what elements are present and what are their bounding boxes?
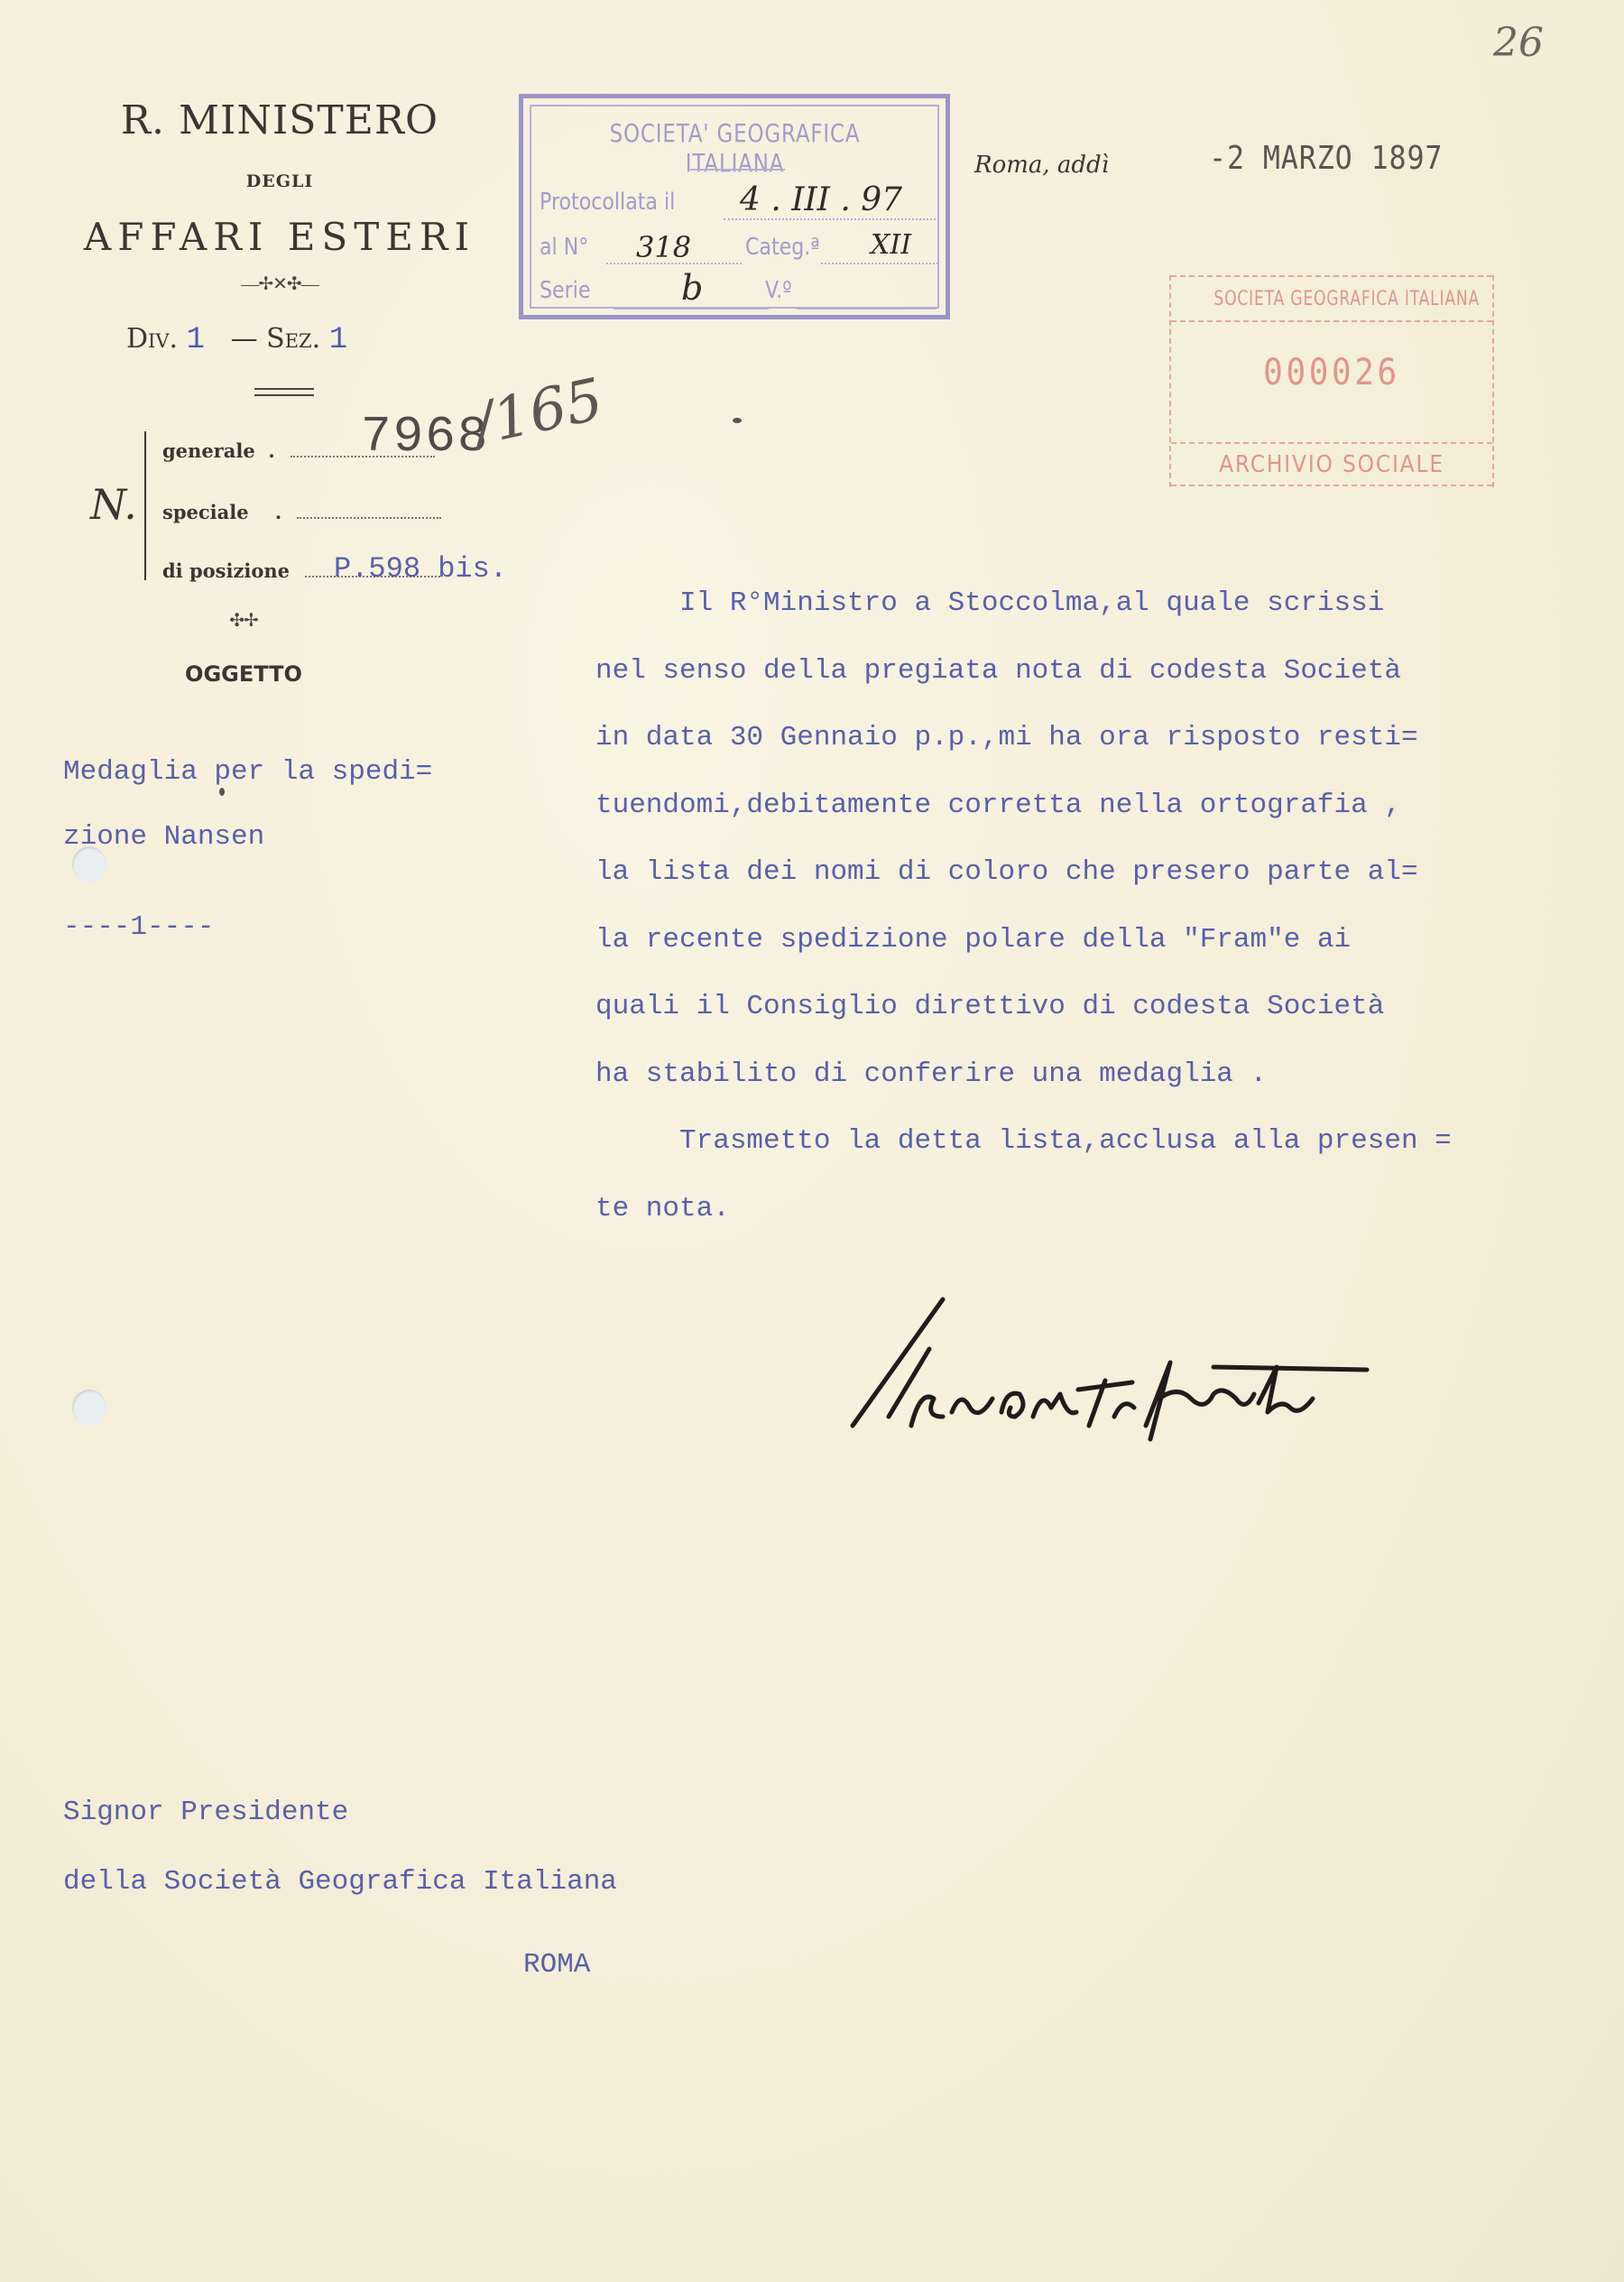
stamped-date: -2 MARZO 1897 [1209,140,1443,177]
row-label: di posizione [162,559,290,582]
ink-speck [219,788,225,796]
page-number: 26 [1493,20,1544,66]
stamp-rule [1171,275,1492,277]
place-label: Roma, addì [974,152,1109,179]
row-dot: . [268,439,274,462]
archive-stamp: SOCIETA GEOGRAFICA ITALIANA 000026 ARCHI… [1169,275,1494,487]
stamp-numero-label: al N° [540,234,588,261]
body-paragraph-1: Il R°Ministro a Stoccolma,al quale scris… [595,587,1418,1090]
stamp-rule [690,169,785,171]
letterhead-affari-esteri: AFFARI ESTERI [54,215,505,259]
stamp-serie-label: Serie [540,277,590,304]
stamp-rule [1171,320,1492,322]
dotted-line [297,517,441,519]
stamp-rule [1171,485,1492,486]
stamp-serie-value: b [681,268,703,308]
addressee: Signor Presidente della Società Geografi… [63,1778,617,1917]
addressee-city: ROMA [523,1949,590,1981]
division-section: Div. 1 — Sez. 1 [126,323,347,357]
div-value: 1 [187,323,205,357]
stamp-line [614,308,769,310]
stamp-line [724,218,936,220]
stamp-line [797,308,937,310]
row-label: generale [162,439,255,462]
ink-speck [733,418,742,423]
oggetto-separator: ----1---- [63,911,214,943]
protocol-generale-value: 7968 [361,408,489,466]
stamp-vol-label: V.º [765,277,792,304]
protocol-row-speciale: speciale . [162,501,441,523]
double-rule-divider [254,388,314,396]
body-paragraph-2: Trasmetto la detta lista,acclusa alla pr… [595,1125,1452,1224]
div-label: Div. [126,323,178,355]
sez-separator: — [231,323,258,355]
brace-icon [144,431,155,580]
stamp-categoria-label: Categ.ª [745,234,820,261]
sez-label: Sez. [266,323,320,355]
stamp-rule [1171,442,1492,444]
signature-visconti-venosta-icon: Visconti Venosta [835,1281,1610,1462]
ornament-small-icon: ✣✢ [194,609,293,632]
row-label: speciale [162,501,249,523]
letterhead-ministero: R. MINISTERO [54,97,505,143]
stamp-numero-value: 318 [636,230,691,264]
letterhead-degli: DEGLI [54,171,505,191]
sez-value: 1 [329,323,347,357]
stamp-protocollata-value: 4 . III . 97 [740,181,902,218]
row-dot: . [275,501,281,523]
stamp-categoria-value: XII [871,229,911,261]
archive-stamp-header: SOCIETA GEOGRAFICA ITALIANA [1213,288,1453,310]
protocol-posizione-value: P.598 bis. [334,552,507,586]
stamp-protocollata-label: Protocollata il [540,189,675,216]
protocol-stamp-sgi: SOCIETA' GEOGRAFICA ITALIANA Protocollat… [519,94,950,319]
handwritten-fraction: /165 [468,366,609,458]
archive-stamp-footer: ARCHIVIO SOCIALE [1187,451,1476,478]
archive-stamp-number: 000026 [1187,352,1476,393]
stamp-line [821,263,938,264]
oggetto-label: OGGETTO [144,661,343,687]
ornament-divider-icon: —✢✕✣— [180,273,379,295]
protocol-n-label: N. [90,480,137,529]
letter-body: Il R°Ministro a Stoccolma,al quale scris… [595,570,1452,1243]
punch-hole [72,1390,106,1426]
punch-hole [72,846,106,882]
oggetto-text: Medaglia per la spedi= zione Nansen [63,740,432,870]
